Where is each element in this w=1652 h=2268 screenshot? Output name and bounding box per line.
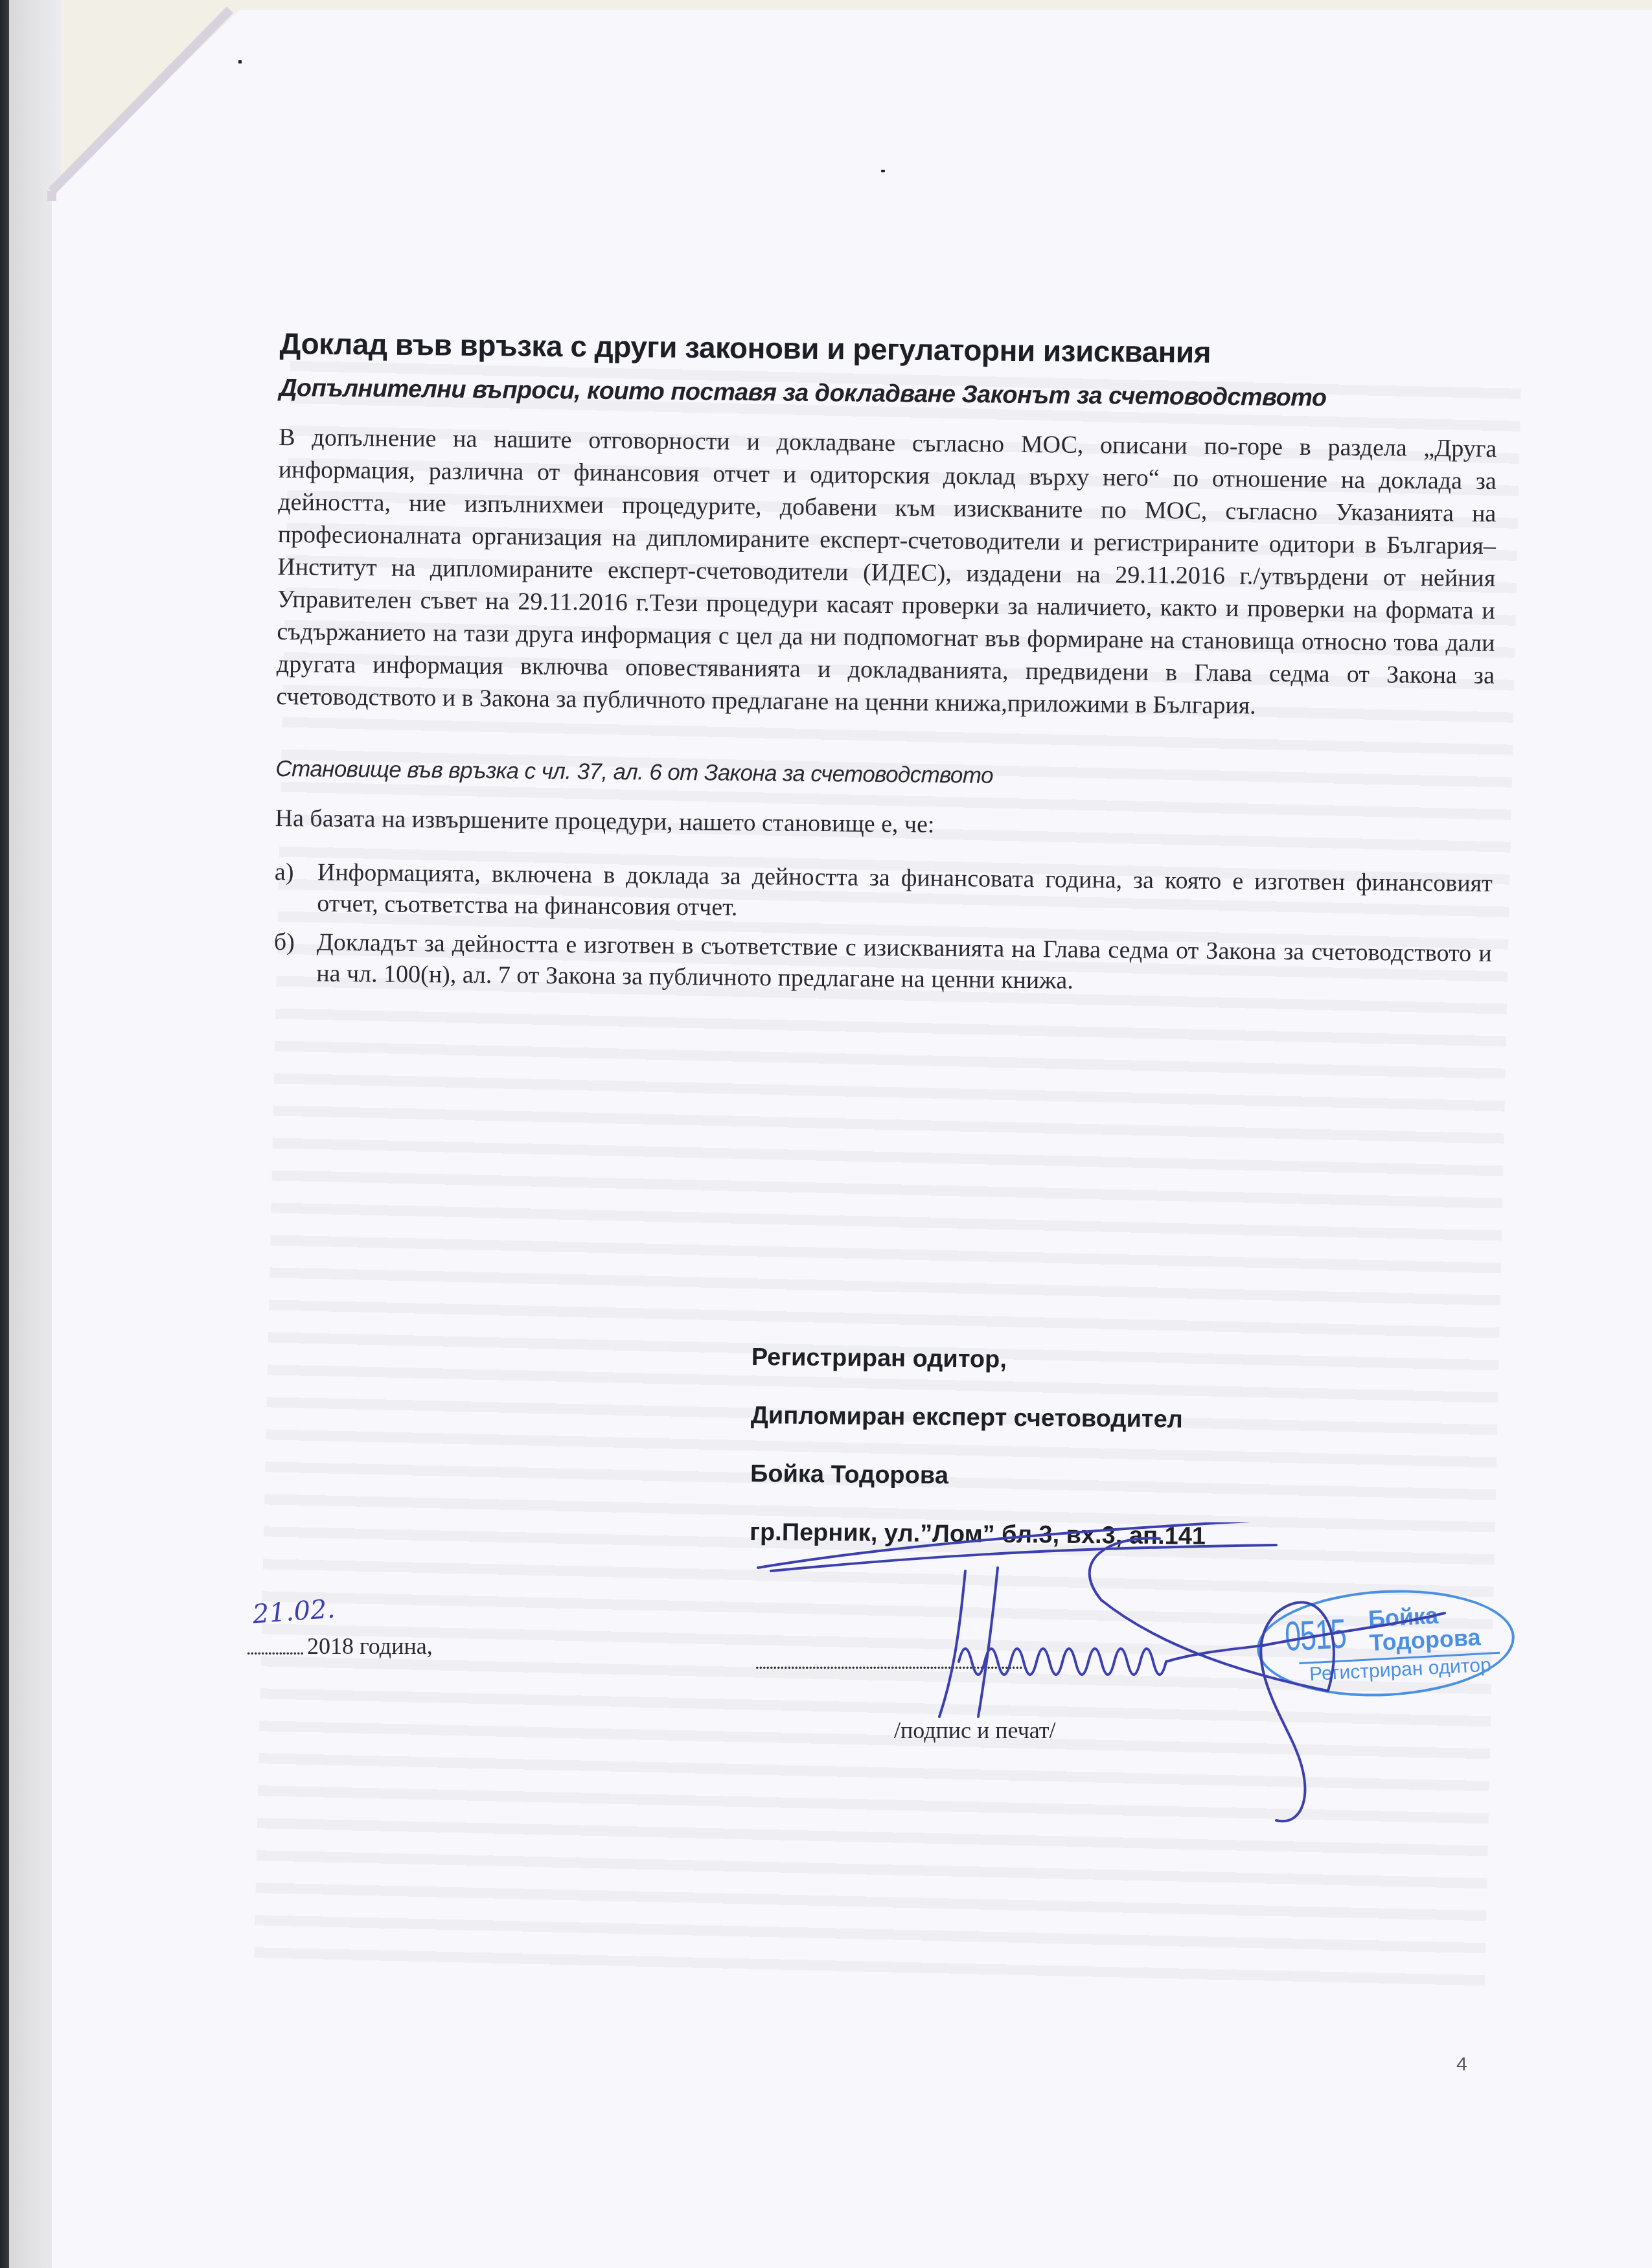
signatory-block: Регистриран одитор, Дипломиран експерт с… bbox=[750, 1341, 1335, 1580]
scan-speck bbox=[881, 170, 885, 172]
signatory-name: Бойка Тодорова bbox=[750, 1458, 1333, 1496]
date-year: 2018 година, bbox=[307, 1632, 433, 1660]
list-item-text: Докладът за дейността е изготвен в съотв… bbox=[316, 927, 1492, 1000]
list-item: а) Информацията, включена в доклада за д… bbox=[274, 856, 1493, 930]
main-paragraph: В допълнение на нашите отговорности и до… bbox=[276, 421, 1497, 724]
opinion-intro: На базата на извършените процедури, наше… bbox=[275, 802, 1493, 846]
scan-speck bbox=[238, 60, 242, 63]
stamp-number: 0515 bbox=[1283, 1609, 1347, 1660]
signatory-role-accountant: Дипломиран експерт счетоводител bbox=[751, 1399, 1334, 1438]
page-number: 4 bbox=[1456, 2054, 1467, 2076]
opinion-heading: Становище във връзка с чл. 37, ал. 6 от … bbox=[275, 753, 1493, 797]
list-item: б) Докладът за дейността е изготвен в съ… bbox=[273, 926, 1492, 1000]
date-dots: ................ bbox=[246, 1638, 303, 1660]
scanner-edge bbox=[0, 0, 9, 2268]
stamp-role: Регистриран одитор bbox=[1309, 1655, 1491, 1686]
stamp-name-last: Тодорова bbox=[1369, 1623, 1482, 1656]
signatory-address: гр.Перник, ул.”Лом” бл.3, вх.3, ап.141 bbox=[750, 1516, 1333, 1554]
document-body: Доклад във връзка с други законови и рег… bbox=[273, 324, 1498, 1008]
opinion-list: а) Информацията, включена в доклада за д… bbox=[273, 856, 1493, 1000]
list-marker: б) bbox=[273, 926, 317, 989]
signature-caption: /подпис и печат/ bbox=[894, 1717, 1056, 1744]
handwritten-date: 21.02. bbox=[252, 1594, 336, 1630]
date-line: ................ 2018 година, bbox=[246, 1632, 433, 1660]
signature-line: ........................................… bbox=[755, 1652, 1022, 1674]
list-marker: а) bbox=[274, 856, 317, 919]
document-subtitle: Допълнителни въпроси, които поставя за д… bbox=[279, 371, 1497, 417]
list-item-text: Информацията, включена в доклада за дейн… bbox=[317, 857, 1493, 930]
signatory-role-auditor: Регистриран одитор, bbox=[751, 1341, 1335, 1379]
